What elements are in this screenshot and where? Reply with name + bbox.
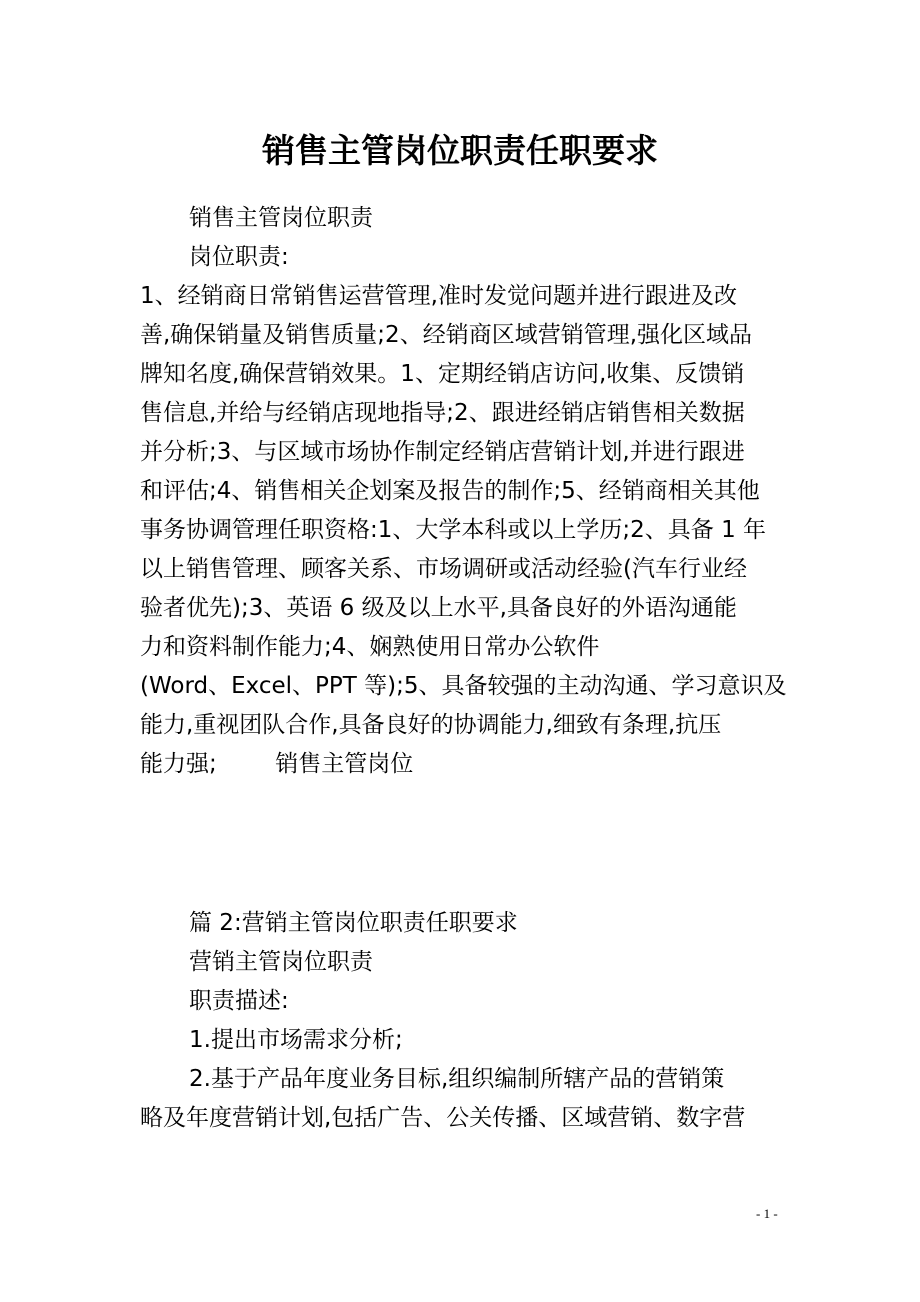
section-2-heading: 篇 2:营销主管岗位职责任职要求: [140, 904, 785, 943]
paragraph-line: 售信息,并给与经销店现地指导;2、跟进经销店销售相关数据: [140, 394, 785, 433]
list-item-1: 1.提出市场需求分析;: [140, 1021, 785, 1060]
paragraph-line: 以上销售管理、顾客关系、市场调研或活动经验(汽车行业经: [140, 550, 785, 589]
description-label: 职责描述:: [140, 982, 785, 1021]
page-number: - 1 -: [756, 1206, 778, 1222]
paragraph-line: 牌知名度,确保营销效果。1、定期经销店访问,收集、反馈销: [140, 355, 785, 394]
section-2: 篇 2:营销主管岗位职责任职要求 营销主管岗位职责 职责描述: 1.提出市场需求…: [140, 904, 785, 1138]
paragraph-line: (Word、Excel、PPT 等);5、具备较强的主动沟通、学习意识及: [140, 667, 785, 706]
paragraph-line: 能力强; 销售主管岗位: [140, 745, 785, 784]
document-body: 销售主管岗位职责 岗位职责: 1、经销商日常销售运营管理,准时发觉问题并进行跟进…: [140, 199, 785, 784]
paragraph-line: 善,确保销量及销售质量;2、经销商区域营销管理,强化区域品: [140, 316, 785, 355]
paragraph-line: 并分析;3、与区域市场协作制定经销店营销计划,并进行跟进: [140, 433, 785, 472]
document-page: 销售主管岗位职责任职要求 销售主管岗位职责 岗位职责: 1、经销商日常销售运营管…: [0, 0, 920, 1302]
paragraph-line: 能力,重视团队合作,具备良好的协调能力,细致有条理,抗压: [140, 706, 785, 745]
section-subheading: 岗位职责:: [140, 238, 785, 277]
responsibilities-paragraph: 1、经销商日常销售运营管理,准时发觉问题并进行跟进及改 善,确保销量及销售质量;…: [140, 277, 785, 784]
list-item-2-line: 2.基于产品年度业务目标,组织编制所辖产品的营销策: [140, 1060, 785, 1099]
section-2-subheading: 营销主管岗位职责: [140, 943, 785, 982]
paragraph-line: 力和资料制作能力;4、娴熟使用日常办公软件: [140, 628, 785, 667]
paragraph-line: 和评估;4、销售相关企划案及报告的制作;5、经销商相关其他: [140, 472, 785, 511]
document-title: 销售主管岗位职责任职要求: [0, 126, 920, 176]
list-item-2-line: 略及年度营销计划,包括广告、公关传播、区域营销、数字营: [140, 1099, 785, 1138]
paragraph-line: 1、经销商日常销售运营管理,准时发觉问题并进行跟进及改: [140, 277, 785, 316]
paragraph-line: 验者优先);3、英语 6 级及以上水平,具备良好的外语沟通能: [140, 589, 785, 628]
paragraph-line: 事务协调管理任职资格:1、大学本科或以上学历;2、具备 1 年: [140, 511, 785, 550]
section-heading: 销售主管岗位职责: [140, 199, 785, 238]
